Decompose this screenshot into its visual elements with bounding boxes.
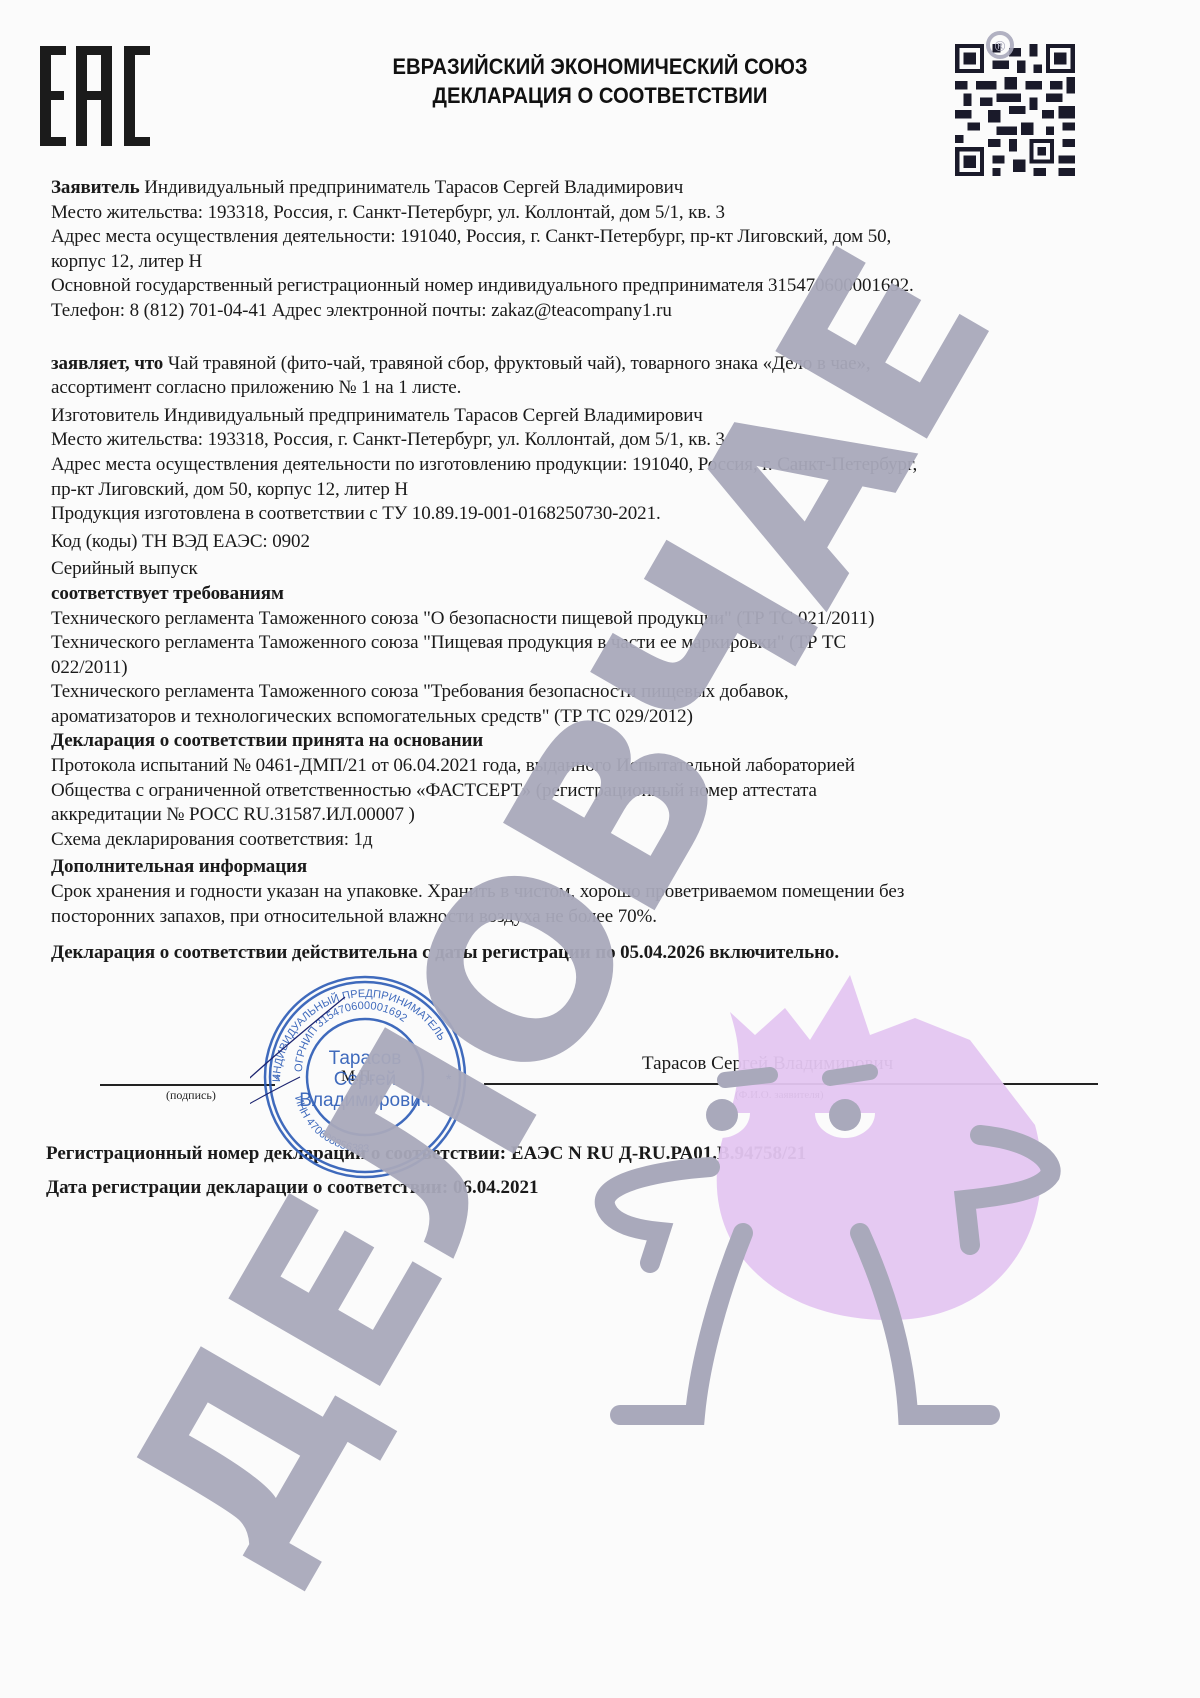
requirements-label: соответствует требованиям — [51, 582, 1161, 607]
qr-code-icon — [955, 44, 1075, 176]
tn-ved-code: Код (коды) ТН ВЭД ЕАЭС: 0902 — [51, 530, 1161, 555]
signature-caption: (подпись) — [166, 1088, 216, 1103]
applicant-contacts: Телефон: 8 (812) 701-04-41 Адрес электро… — [51, 299, 1161, 324]
requirement-line: Технического регламента Таможенного союз… — [51, 631, 1161, 656]
applicant-activity-address-2: корпус 12, литер Н — [51, 250, 1161, 275]
basis-line: Общества с ограниченной ответственностью… — [51, 779, 1161, 804]
eac-logo-icon — [40, 46, 155, 146]
applicant-full-name: Тарасов Сергей Владимирович — [642, 1053, 893, 1075]
product-description: Чай травяной (фито-чай, травяной сбор, ф… — [168, 353, 871, 374]
applicant-line: Заявитель Индивидуальный предприниматель… — [51, 176, 1161, 201]
product-assortment: ассортимент согласно приложению № 1 на 1… — [51, 376, 1161, 401]
additional-label: Дополнительная информация — [51, 855, 1161, 880]
name-caption: (Ф.И.О. заявителя) — [735, 1089, 824, 1101]
tea-drop-mascot-icon — [605, 975, 1051, 1415]
seal-stamp-icon: ИНДИВИДУАЛЬНЫЙ ПРЕДПРИНИМАТЕЛЬ ОГРНИП 31… — [250, 972, 480, 1182]
union-title: ЕВРАЗИЙСКИЙ ЭКОНОМИЧЕСКИЙ СОЮЗ — [324, 52, 876, 81]
basis-line: аккредитации № РОСС RU.31587.ИЛ.00007 ) — [51, 803, 1161, 828]
basis-label: Декларация о соответствии принята на осн… — [51, 729, 1161, 754]
validity-statement: Декларация о соответствии действительна … — [51, 941, 1161, 966]
release-type: Серийный выпуск — [51, 557, 1161, 582]
applicant-label: Заявитель — [51, 177, 140, 198]
applicant-activity-address-1: Адрес места осуществления деятельности: … — [51, 225, 1161, 250]
applicant-ogrnip: Основной государственный регистрационный… — [51, 274, 1161, 299]
svg-text:Владимирович: Владимирович — [299, 1090, 430, 1111]
declaration-title: ДЕКЛАРАЦИЯ О СООТВЕТСТВИИ — [324, 81, 876, 110]
requirement-line: 022/2011) — [51, 656, 1161, 681]
basis-line: Протокола испытаний № 0461-ДМП/21 от 06.… — [51, 754, 1161, 779]
document-header: ЕВРАЗИЙСКИЙ ЭКОНОМИЧЕСКИЙ СОЮЗ ДЕКЛАРАЦИ… — [324, 52, 876, 110]
tu-standard: Продукция изготовлена в соответствии с Т… — [51, 502, 1161, 527]
manufacturer-residence: Место жительства: 193318, Россия, г. Сан… — [51, 428, 1161, 453]
declares-label: заявляет, что — [51, 353, 163, 374]
production-address-2: пр-кт Лиговский, дом 50, корпус 12, лите… — [51, 478, 1161, 503]
requirement-line: Технического регламента Таможенного союз… — [51, 680, 1161, 705]
basis-line: Схема декларирования соответствия: 1д — [51, 828, 1161, 853]
production-address-1: Адрес места осуществления деятельности п… — [51, 453, 1161, 478]
applicant-residence: Место жительства: 193318, Россия, г. Сан… — [51, 201, 1161, 226]
requirement-line: Технического регламента Таможенного союз… — [51, 607, 1161, 632]
manufacturer: Изготовитель Индивидуальный предпринимат… — [51, 404, 1161, 429]
svg-text:Сергей: Сергей — [334, 1069, 397, 1090]
declaration-body: Заявитель Индивидуальный предприниматель… — [51, 176, 1161, 966]
signature-line — [100, 1084, 275, 1086]
additional-line: Срок хранения и годности указан на упако… — [51, 880, 1161, 905]
svg-text:Тарасов: Тарасов — [329, 1048, 402, 1069]
name-line — [484, 1083, 1098, 1085]
additional-line: посторонних запахов, при относительной в… — [51, 905, 1161, 930]
svg-text:*: * — [446, 1071, 452, 1087]
applicant-name: Индивидуальный предприниматель Тарасов С… — [144, 177, 683, 198]
requirement-line: ароматизаторов и технологических вспомог… — [51, 705, 1161, 730]
declares-line: заявляет, что Чай травяной (фито-чай, тр… — [51, 352, 1161, 377]
svg-text:*: * — [275, 1071, 281, 1087]
